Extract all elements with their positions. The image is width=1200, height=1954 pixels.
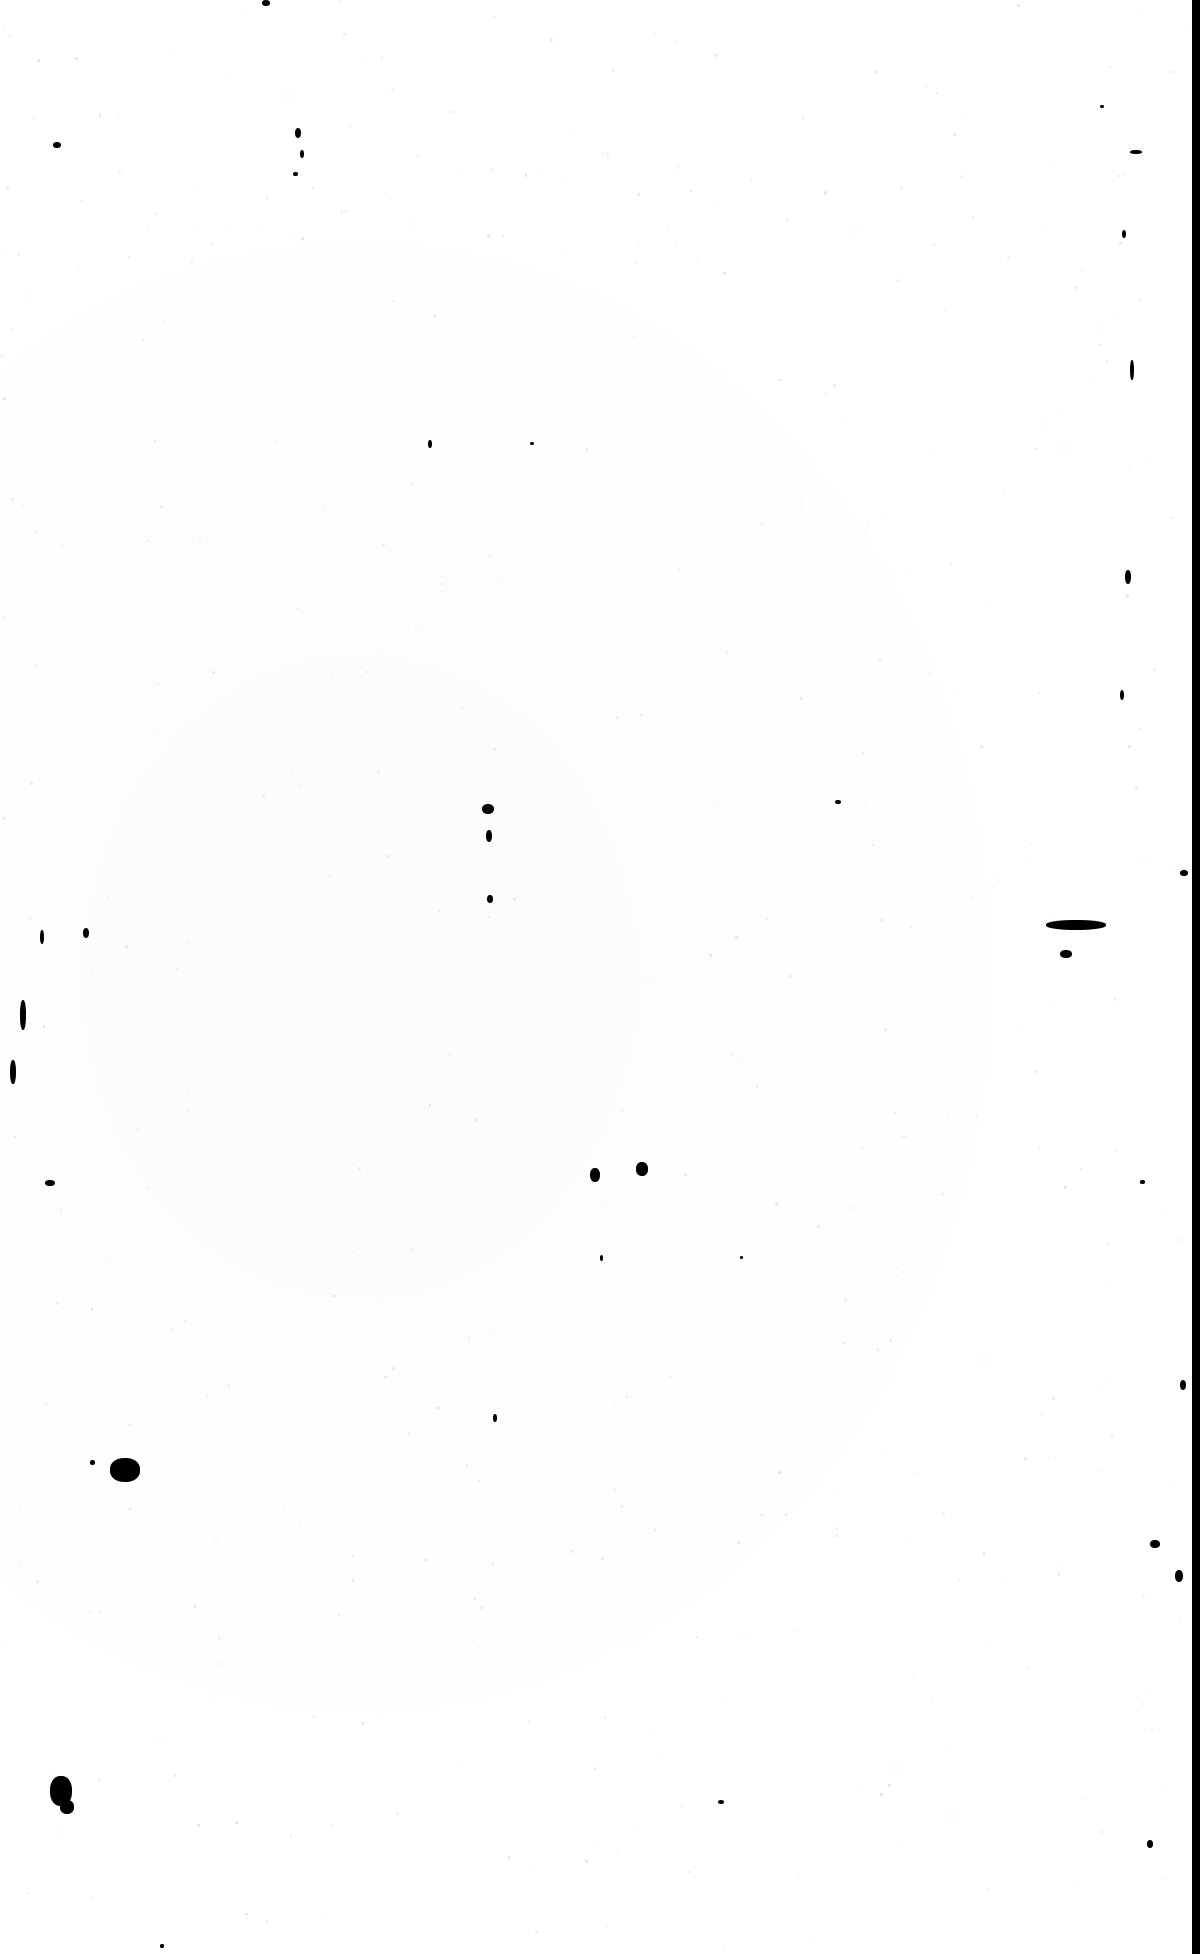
paper-grain [22, 505, 24, 507]
paper-grain [417, 382, 418, 383]
paper-grain [697, 257, 699, 259]
paper-grain [3, 254, 4, 255]
paper-grain [1119, 242, 1121, 244]
paper-grain [983, 1359, 985, 1361]
paper-grain [1086, 1798, 1087, 1799]
paper-grain [439, 910, 440, 911]
paper-grain [529, 1864, 530, 1865]
paper-grain [989, 1644, 991, 1646]
paper-grain [452, 111, 454, 113]
paper-grain [251, 955, 252, 956]
ink-speck [835, 800, 841, 804]
paper-grain [667, 225, 669, 227]
paper-grain [130, 356, 131, 357]
paper-grain [174, 1774, 176, 1776]
paper-grain [958, 1579, 960, 1581]
paper-grain [377, 771, 380, 774]
paper-grain [108, 1013, 110, 1015]
paper-grain [787, 958, 789, 960]
paper-grain [972, 216, 974, 218]
paper-grain [1018, 1029, 1019, 1030]
paper-grain [313, 1716, 315, 1718]
paper-grain [867, 1660, 868, 1661]
paper-grain [460, 1767, 462, 1769]
paper-grain [789, 975, 792, 978]
paper-grain [597, 1843, 598, 1844]
paper-grain [937, 1933, 938, 1934]
paper-grain [434, 314, 437, 317]
ink-speck [300, 150, 304, 158]
paper-grain [43, 1025, 45, 1027]
paper-grain [983, 1552, 986, 1555]
paper-grain [118, 172, 120, 174]
paper-grain [37, 59, 40, 62]
paper-grain [571, 1550, 574, 1553]
paper-grain [880, 1793, 883, 1796]
paper-grain [987, 1888, 989, 1890]
paper-grain [647, 983, 648, 984]
paper-grain [647, 1319, 648, 1320]
paper-grain [931, 454, 932, 455]
paper-grain [640, 714, 642, 716]
paper-grain [875, 71, 878, 74]
paper-grain [638, 193, 640, 195]
paper-grain [203, 1521, 204, 1522]
paper-grain [33, 118, 35, 120]
paper-grain [671, 1376, 672, 1377]
paper-grain [628, 614, 629, 615]
paper-grain [528, 1721, 530, 1723]
paper-grain [1052, 1002, 1054, 1004]
paper-grain [1004, 492, 1006, 494]
paper-grain [2, 616, 5, 619]
paper-grain [889, 1339, 892, 1342]
paper-grain [844, 1299, 847, 1302]
paper-grain [362, 58, 363, 59]
paper-grain [228, 225, 230, 227]
paper-grain [343, 33, 346, 36]
paper-grain [89, 1636, 90, 1637]
page-edge-shadow [1192, 0, 1200, 1954]
paper-grain [862, 752, 865, 755]
paper-grain [449, 263, 451, 265]
paper-grain [11, 498, 14, 501]
paper-grain [800, 697, 803, 700]
paper-grain [171, 287, 172, 288]
paper-grain [19, 1565, 20, 1566]
paper-grain [909, 1540, 911, 1542]
paper-grain [266, 878, 267, 879]
paper-grain [375, 1376, 376, 1377]
paper-grain [19, 1506, 22, 1509]
paper-grain [218, 1637, 220, 1639]
paper-grain [192, 185, 193, 186]
paper-grain [45, 160, 46, 161]
paper-grain [62, 545, 64, 547]
paper-grain [55, 1495, 57, 1497]
paper-grain [9, 35, 11, 37]
paper-grain [277, 1533, 279, 1535]
paper-grain [640, 1193, 641, 1194]
paper-grain [843, 417, 844, 418]
paper-grain [1090, 378, 1092, 380]
ink-speck [53, 142, 61, 148]
paper-grain [332, 1295, 335, 1298]
ink-speck [590, 1168, 600, 1182]
paper-grain [1151, 1728, 1153, 1730]
paper-grain [186, 1110, 189, 1113]
paper-grain [1101, 1831, 1102, 1832]
ink-speck [1180, 870, 1188, 876]
paper-grain [487, 235, 490, 238]
paper-grain [681, 1805, 683, 1807]
paper-grain [1106, 360, 1108, 362]
paper-grain [894, 1112, 897, 1115]
paper-grain [1173, 869, 1174, 870]
paper-grain [17, 253, 19, 255]
paper-grain [1171, 516, 1174, 519]
paper-grain [931, 992, 932, 993]
paper-grain [60, 1831, 61, 1832]
paper-grain [128, 256, 130, 258]
paper-grain [480, 1606, 483, 1609]
paper-grain [493, 748, 496, 751]
paper-grain [1028, 860, 1030, 862]
paper-grain [478, 1480, 480, 1482]
paper-grain [1077, 1883, 1079, 1885]
paper-grain [1162, 1878, 1164, 1880]
paper-grain [266, 1920, 268, 1922]
paper-grain [684, 1174, 686, 1176]
paper-grain [1165, 1786, 1167, 1788]
paper-grain [1178, 1239, 1180, 1241]
paper-grain [332, 673, 334, 675]
paper-grain [916, 1472, 917, 1473]
paper-grain [1041, 1414, 1043, 1416]
ink-speck [1140, 1180, 1145, 1184]
paper-grain [908, 573, 910, 575]
paper-grain [188, 1093, 190, 1095]
paper-grain [717, 802, 719, 804]
paper-grain [518, 1066, 519, 1067]
paper-grain [229, 1620, 230, 1621]
paper-grain [460, 329, 462, 331]
paper-grain [14, 1136, 16, 1138]
paper-grain [1105, 1285, 1107, 1287]
paper-grain [989, 602, 990, 603]
paper-grain [353, 1252, 354, 1253]
paper-grain [1040, 423, 1042, 425]
paper-grain [601, 1557, 604, 1560]
paper-grain [833, 384, 836, 387]
ink-speck [530, 442, 534, 445]
paper-grain [631, 1169, 633, 1171]
paper-grain [91, 1308, 93, 1310]
paper-grain [1035, 448, 1037, 450]
paper-grain [99, 114, 101, 116]
paper-grain [36, 1580, 39, 1583]
paper-grain [950, 1815, 953, 1818]
paper-grain [340, 210, 343, 213]
paper-grain [761, 1514, 763, 1516]
paper-grain [351, 1546, 352, 1547]
paper-grain [550, 39, 553, 42]
paper-grain [29, 631, 31, 633]
ink-speck [293, 172, 298, 176]
paper-grain [637, 244, 639, 246]
ink-speck [1147, 1840, 1153, 1848]
paper-grain [1143, 862, 1145, 864]
paper-grain [160, 506, 162, 508]
paper-grain [837, 1090, 839, 1092]
paper-grain [293, 725, 294, 726]
paper-grain [775, 1202, 778, 1205]
paper-grain [282, 1508, 284, 1510]
paper-grain [537, 754, 539, 756]
paper-grain [687, 1502, 688, 1503]
paper-grain [678, 569, 681, 572]
paper-grain [217, 1663, 219, 1665]
paper-grain [1038, 1146, 1040, 1148]
paper-grain [352, 1554, 354, 1556]
paper-grain [675, 242, 677, 244]
paper-grain [156, 733, 158, 735]
paper-grain [1107, 1243, 1109, 1245]
paper-grain [474, 1598, 476, 1600]
paper-grain [761, 522, 763, 524]
paper-grain [1026, 1667, 1028, 1669]
paper-grain [1135, 787, 1138, 790]
paper-grain [502, 235, 504, 237]
paper-grain [103, 787, 105, 789]
ink-speck [10, 1060, 16, 1084]
paper-grain [35, 841, 36, 842]
paper-grain [1126, 594, 1128, 596]
paper-grain [785, 1513, 788, 1516]
paper-grain [1030, 843, 1031, 844]
paper-grain [331, 1824, 332, 1825]
paper-grain [654, 1529, 656, 1531]
paper-grain [779, 379, 781, 381]
paper-grain [860, 231, 861, 232]
paper-grain [298, 473, 300, 475]
paper-grain [775, 749, 776, 750]
paper-grain [392, 1367, 395, 1370]
paper-grain [903, 1842, 904, 1843]
paper-grain [299, 1524, 301, 1526]
paper-grain [953, 133, 956, 136]
paper-grain [77, 267, 79, 269]
ink-speck [262, 0, 270, 6]
paper-grain [323, 505, 325, 507]
paper-grain [30, 782, 33, 785]
paper-grain [896, 279, 899, 282]
paper-grain [1111, 1377, 1112, 1378]
paper-grain [612, 69, 615, 72]
paper-grain [124, 911, 126, 913]
paper-grain [895, 1767, 897, 1769]
paper-grain [795, 1630, 797, 1632]
paper-grain [1046, 229, 1047, 230]
paper-grain [69, 1352, 71, 1354]
paper-grain [561, 248, 563, 250]
paper-grain [884, 1449, 885, 1450]
paper-grain [879, 659, 881, 661]
paper-grain [183, 1320, 185, 1322]
ink-speck [428, 440, 432, 448]
paper-grain [861, 1147, 862, 1148]
paper-grain [176, 967, 178, 969]
paper-grain [27, 1892, 29, 1894]
paper-grain [154, 212, 157, 215]
paper-grain [197, 1824, 200, 1827]
paper-grain [292, 238, 293, 239]
paper-grain [594, 1767, 596, 1769]
paper-grain [688, 1871, 690, 1873]
paper-grain [382, 544, 385, 547]
paper-grain [274, 441, 276, 443]
paper-grain [147, 540, 149, 542]
paper-grain [423, 449, 424, 450]
paper-grain [540, 1476, 541, 1477]
paper-grain [15, 1456, 16, 1457]
paper-grain [781, 1009, 783, 1011]
paper-grain [303, 868, 305, 870]
paper-grain [617, 1850, 619, 1852]
paper-grain [492, 1563, 494, 1565]
paper-grain [298, 784, 300, 786]
paper-grain [193, 1605, 195, 1607]
paper-grain [393, 300, 395, 302]
paper-grain [142, 1415, 144, 1417]
paper-grain [834, 1493, 836, 1495]
paper-grain [142, 339, 144, 341]
paper-grain [184, 1379, 185, 1380]
paper-grain [1111, 1436, 1113, 1438]
paper-grain [508, 1856, 511, 1859]
paper-grain [358, 1167, 361, 1170]
paper-grain [99, 1611, 102, 1614]
paper-grain [929, 673, 931, 675]
paper-grain [712, 206, 713, 207]
paper-grain [1056, 1565, 1058, 1567]
paper-grain [163, 321, 166, 324]
paper-grain [3, 27, 4, 28]
paper-grain [6, 187, 9, 190]
paper-grain [737, 1062, 739, 1064]
paper-grain [90, 1897, 92, 1899]
paper-grain [291, 768, 293, 770]
paper-grain [800, 503, 802, 505]
paper-grain [756, 1086, 758, 1088]
paper-grain [731, 1054, 734, 1057]
paper-grain [944, 1748, 945, 1749]
paper-grain [723, 272, 726, 275]
paper-grain [98, 1779, 100, 1781]
ink-speck [1100, 105, 1104, 108]
paper-grain [159, 1742, 161, 1744]
paper-grain [266, 1778, 267, 1779]
paper-grain [170, 52, 172, 54]
paper-grain [772, 505, 773, 506]
paper-grain [410, 483, 413, 486]
paper-grain [591, 818, 592, 819]
paper-grain [1172, 1483, 1175, 1486]
paper-grain [724, 1945, 725, 1946]
paper-grain [174, 1463, 176, 1465]
paper-grain [409, 1131, 410, 1132]
paper-grain [328, 875, 330, 877]
paper-grain [1142, 1703, 1145, 1706]
paper-grain [863, 534, 865, 536]
paper-grain [410, 1248, 413, 1251]
paper-grain [1114, 998, 1117, 1001]
paper-grain [456, 1548, 457, 1549]
ink-speck [83, 928, 89, 938]
paper-grain [417, 155, 419, 157]
paper-grain [614, 1405, 616, 1407]
paper-grain [825, 393, 828, 396]
paper-grain [835, 1527, 838, 1530]
paper-grain [489, 555, 491, 557]
paper-grain [1172, 71, 1175, 74]
paper-grain [194, 227, 195, 228]
paper-grain [80, 200, 82, 202]
paper-grain [936, 92, 937, 93]
paper-grain [956, 688, 957, 689]
ink-speck [90, 1460, 95, 1465]
paper-grain [750, 178, 752, 180]
ink-speck [1175, 1570, 1183, 1582]
paper-grain [836, 1535, 838, 1537]
paper-grain [361, 1722, 364, 1725]
paper-grain [178, 639, 179, 640]
ink-speck [110, 1458, 140, 1482]
ink-speck [487, 895, 493, 903]
paper-grain [743, 1633, 745, 1635]
paper-grain [253, 1560, 254, 1561]
paper-grain [490, 168, 493, 171]
paper-grain [941, 1193, 944, 1196]
paper-grain [580, 1205, 581, 1206]
paper-grain [606, 1926, 607, 1927]
paper-grain [468, 1337, 469, 1338]
ink-speck [1060, 950, 1072, 958]
paper-grain [457, 170, 459, 172]
paper-grain [1024, 1457, 1027, 1460]
paper-grain [474, 1119, 477, 1122]
paper-grain [622, 1085, 624, 1087]
paper-grain [525, 174, 527, 176]
ink-speck [493, 1414, 497, 1422]
ink-speck [160, 1944, 164, 1948]
paper-grain [1180, 1617, 1182, 1619]
paper-grain [1063, 447, 1066, 450]
paper-grain [585, 1860, 587, 1862]
paper-grain [264, 298, 265, 299]
paper-grain [1138, 14, 1140, 16]
ink-speck [60, 1800, 74, 1814]
paper-grain [415, 626, 417, 628]
paper-grain [604, 1716, 606, 1718]
paper-grain [709, 954, 712, 957]
paper-grain [306, 968, 307, 969]
paper-grain [405, 1358, 406, 1359]
paper-grain [414, 223, 416, 225]
paper-grain [1048, 1456, 1050, 1458]
paper-grain [226, 612, 227, 613]
paper-grain [637, 1320, 639, 1322]
